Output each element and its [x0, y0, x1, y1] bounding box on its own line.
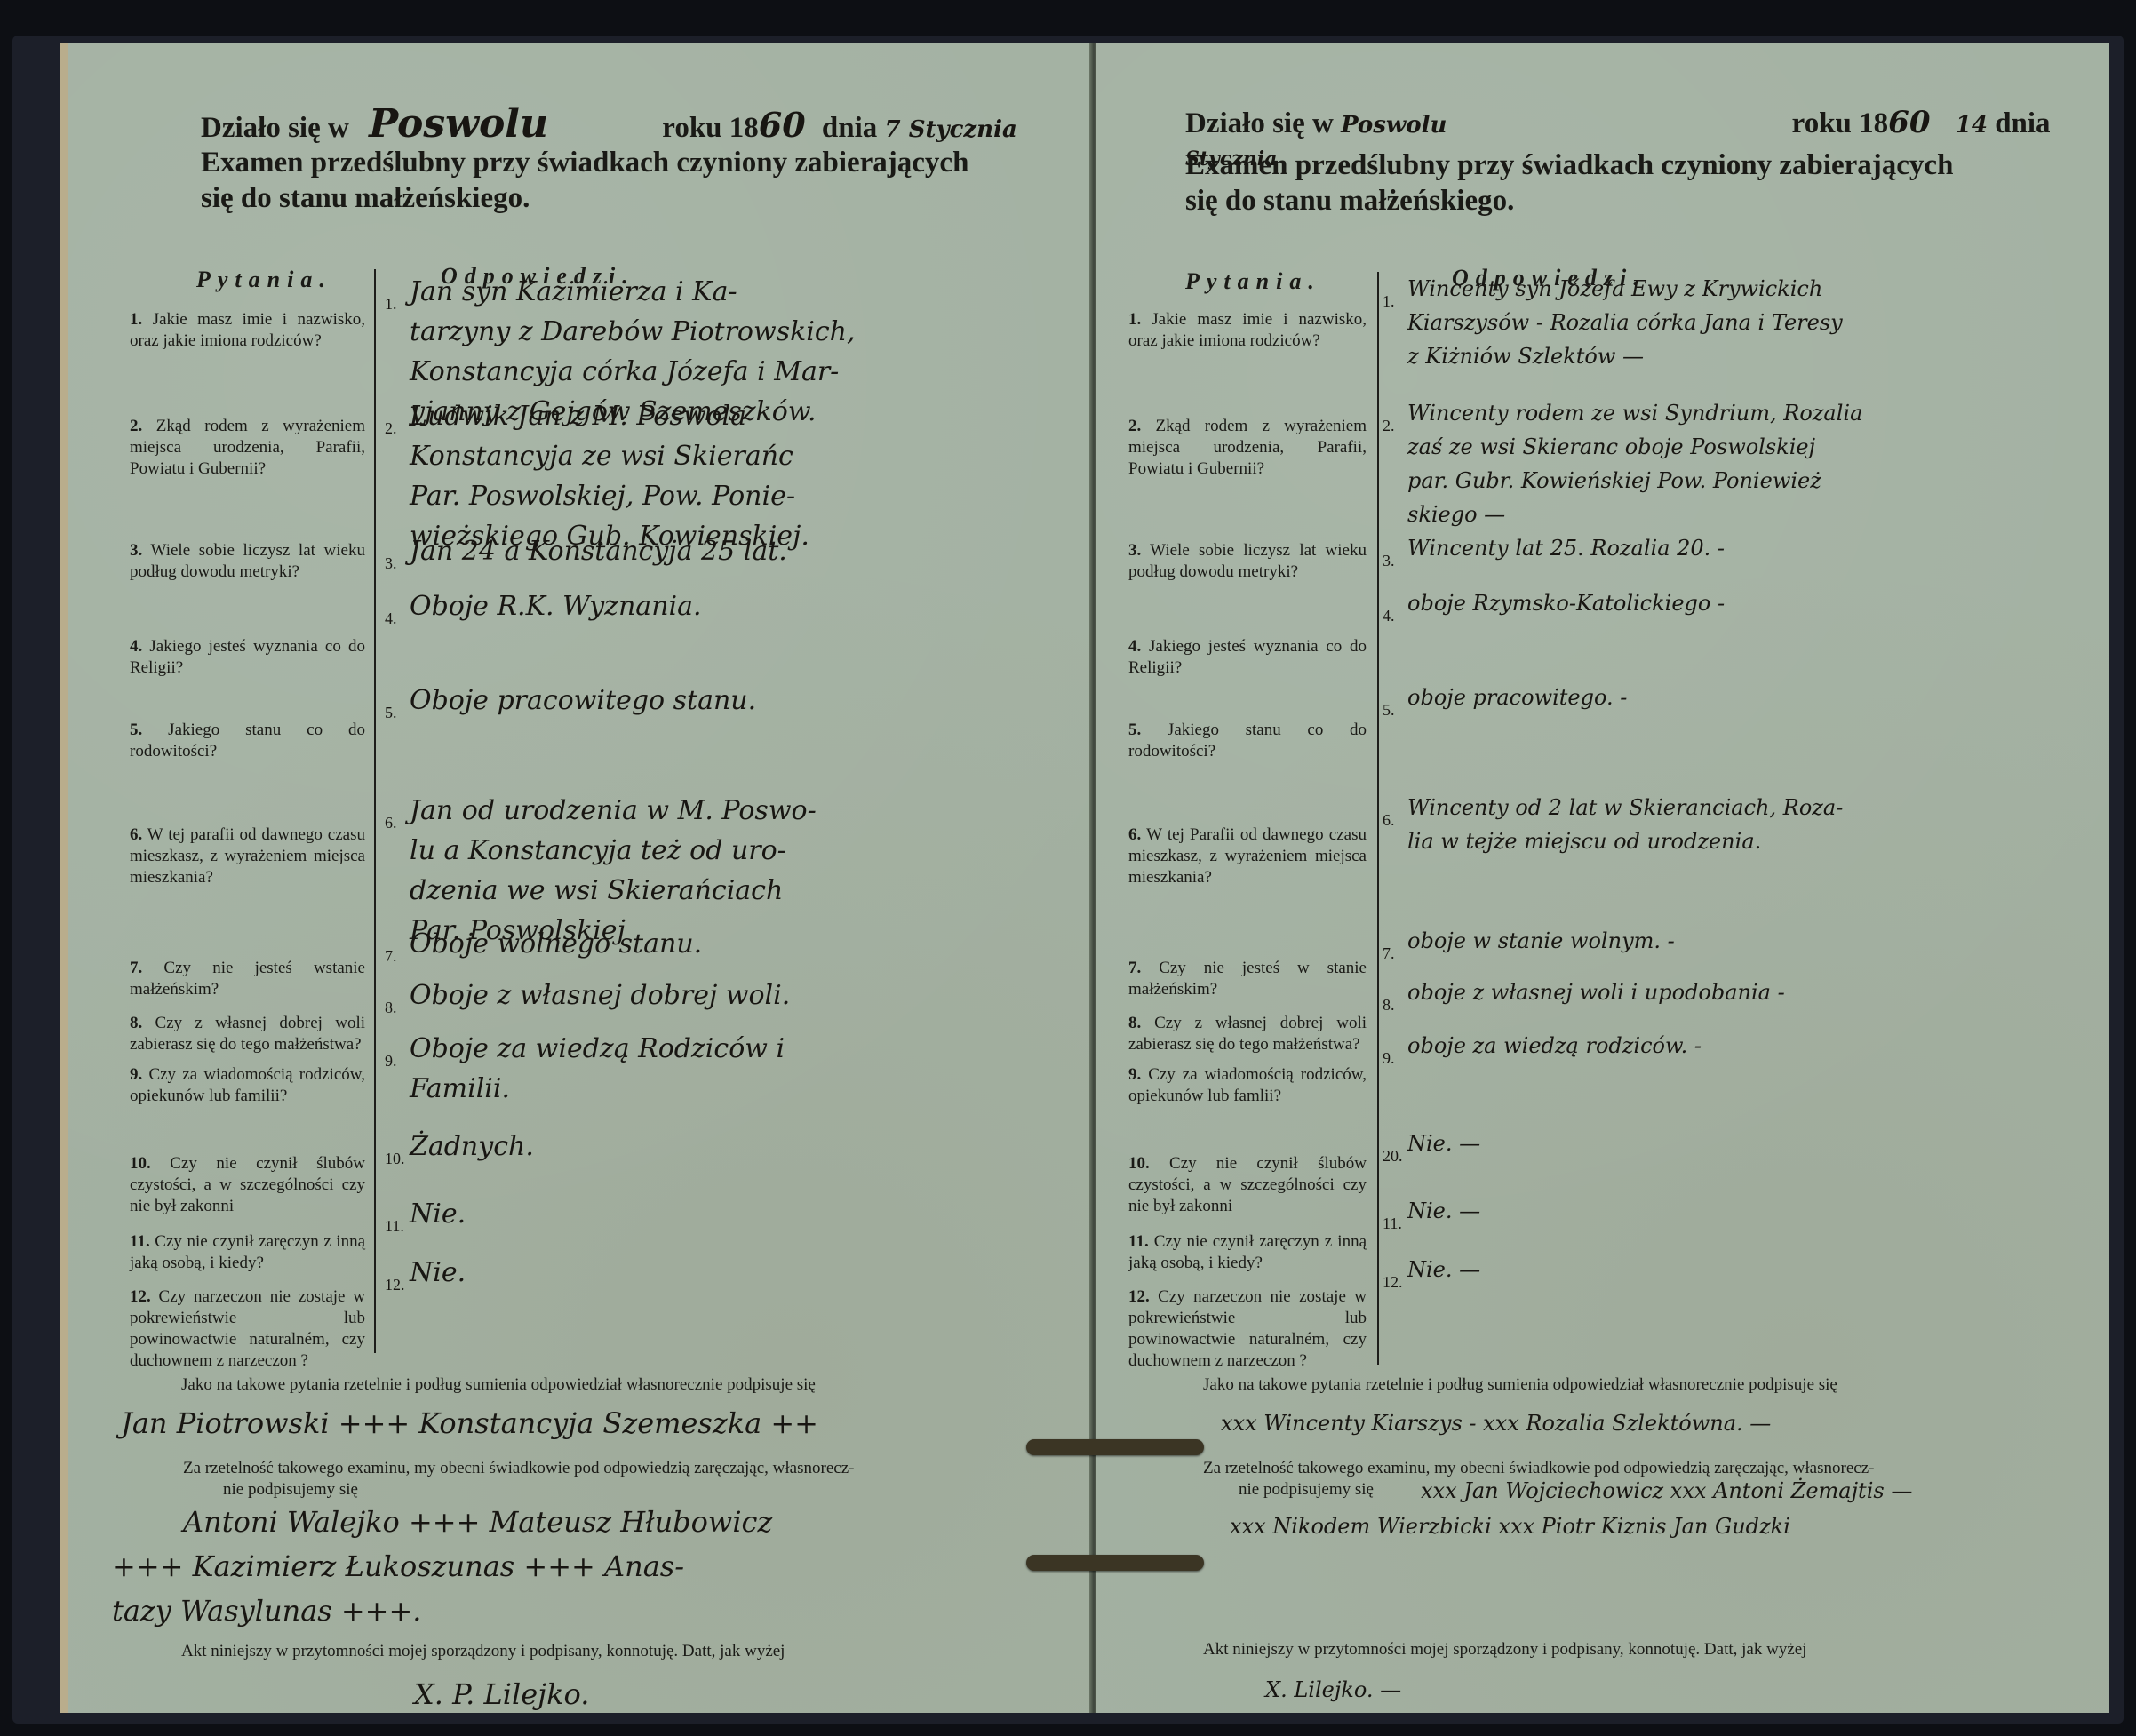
question-item: 5. Jakiego stanu co do rodowitości? [1128, 720, 1367, 762]
question-number: 11. [130, 1232, 150, 1251]
question-number: 1. [130, 310, 142, 329]
question-number: 6. [130, 825, 142, 844]
answer-item: 8.Oboje z własnej dobrej woli. [410, 976, 790, 1015]
header-day: 14 [1956, 112, 1988, 139]
answer-item: 2.Wincenty rodem ze wsi Syndrium, Rozali… [1407, 396, 1862, 531]
right-page: Działo się w Poswolu roku 1860 14 dnia S… [1096, 43, 2109, 1713]
answer-line: Wincenty syn Józefa Ewy z Krywickich [1407, 272, 1843, 306]
right-title: Examen przedślubny przy świadkach czynio… [1185, 147, 2074, 219]
question-number: 1. [1128, 310, 1141, 329]
header-day-label: dnia [1995, 108, 2050, 139]
answer-number: 5. [1383, 693, 1395, 727]
answer-number: 7. [385, 936, 397, 976]
question-number: 6. [1128, 825, 1141, 844]
answer-number: 12. [385, 1265, 405, 1305]
question-text: Czy narzeczon nie zostaje w pokrewieństw… [130, 1287, 365, 1370]
witness-signature-line: Antoni Walejko +++ Mateusz Hłubowicz [112, 1500, 772, 1544]
answer-number: 4. [1383, 599, 1395, 633]
answer-line: Nie. — [1407, 1127, 1480, 1160]
answer-line: Konstancyja córka Józefa i Mar- [410, 352, 856, 392]
answer-item: 4.Oboje R.K. Wyznania. [410, 586, 702, 626]
title-line: się do stanu małżeńskiego. [1185, 183, 2074, 219]
question-item: 8. Czy z własnej dobrej woli zabierasz s… [130, 1013, 365, 1055]
question-number: 12. [130, 1287, 151, 1306]
answer-line: Oboje wolnego stanu. [410, 924, 702, 964]
answer-item: 5.oboje pracowitego. - [1407, 681, 1627, 714]
witness-signatures: xxx Jan Wojciechowicz xxx Antoni Żemajti… [1230, 1473, 1912, 1544]
couple-signature: xxx Wincenty Kiarszys - xxx Rozalia Szle… [1221, 1411, 1771, 1436]
question-number: 2. [130, 417, 142, 435]
header-prefix: Działo się w [201, 112, 349, 144]
answer-item: 10.Żadnych. [410, 1127, 534, 1167]
question-text: Czy z własnej dobrej woli zabierasz się … [1128, 1014, 1367, 1054]
answer-item: 7.oboje w stanie wolnym. - [1407, 924, 1675, 958]
question-text: W tej parafii od dawnego czasu mieszkasz… [130, 825, 365, 887]
answer-line: oboje w stanie wolnym. - [1407, 924, 1675, 958]
answer-item: 12.Nie. [410, 1253, 466, 1293]
answer-number: 4. [385, 599, 397, 639]
question-item: 12. Czy narzeczon nie zostaje w pokrewie… [130, 1286, 365, 1372]
answer-line: Jan od urodzenia w M. Poswo- [410, 791, 817, 831]
answer-number: 2. [1383, 409, 1395, 442]
question-item: 1. Jakie masz imie i nazwisko, oraz jaki… [130, 309, 365, 352]
question-text: Czy za wiadomością rodziców, opiekunów l… [1128, 1065, 1367, 1105]
answer-item: 6.Wincenty od 2 lat w Skieranciach, Roza… [1407, 791, 1843, 858]
question-text: Jakiego jesteś wyznania co do Religii? [130, 637, 365, 677]
question-item: 9. Czy za wiadomością rodziców, opiekunó… [130, 1064, 365, 1107]
answer-number: 1. [385, 284, 397, 324]
answer-number: 20. [1383, 1139, 1403, 1173]
answer-number: 9. [1383, 1041, 1395, 1075]
question-text: Zkąd rodem z wyrażeniem miejsca urodzeni… [1128, 417, 1367, 478]
header-day-label: dnia [822, 112, 877, 144]
question-number: 9. [1128, 1065, 1141, 1084]
question-item: 2. Zkąd rodem z wyrażeniem miejsca urodz… [130, 416, 365, 480]
title-line: się do stanu małżeńskiego. [201, 180, 1089, 216]
answer-number: 8. [1383, 988, 1395, 1022]
left-title: Examen przedślubny przy świadkach czynio… [201, 145, 1089, 216]
answer-item: 3.Wincenty lat 25. Rozalia 20. - [1407, 531, 1725, 565]
answer-item: 12.Nie. — [1407, 1253, 1480, 1286]
answer-number: 3. [1383, 544, 1395, 577]
question-number: 2. [1128, 417, 1141, 435]
answer-line: Nie. [410, 1194, 466, 1234]
header-place: Poswolu [1341, 112, 1447, 139]
question-item: 10. Czy nie czynił ślubów czystości, a w… [130, 1153, 365, 1217]
question-item: 1. Jakie masz imie i nazwisko, oraz jaki… [1128, 309, 1367, 352]
question-item: 7. Czy nie jesteś w stanie małżeńskim? [1128, 958, 1367, 1000]
title-line: Examen przedślubny przy świadkach czynio… [201, 145, 1089, 180]
header-year: 60 [759, 105, 806, 145]
question-item: 9. Czy za wiadomością rodziców, opiekunó… [1128, 1064, 1367, 1107]
question-number: 12. [1128, 1287, 1150, 1306]
question-text: Czy nie czynił zaręczyn z inną jaką osob… [1128, 1232, 1367, 1272]
question-item: 6. W tej Parafii od dawnego czasu mieszk… [1128, 824, 1367, 888]
question-item: 3. Wiele sobie liczysz lat wieku podług … [130, 540, 365, 583]
answer-line: Oboje R.K. Wyznania. [410, 586, 702, 626]
answer-line: Ludwik Jan z M. Poswola [410, 396, 809, 436]
question-item: 11. Czy nie czynił zaręczyn z inną jaką … [130, 1231, 365, 1274]
answer-item: 11.Nie. [410, 1194, 466, 1234]
question-text: Zkąd rodem z wyrażeniem miejsca urodzeni… [130, 417, 365, 478]
answer-line: z Kiżniów Szlektów — [1407, 339, 1843, 373]
answer-number: 11. [1383, 1206, 1402, 1240]
binding-thread [1026, 1439, 1204, 1455]
answer-line: Konstancyja ze wsi Skierańc [410, 436, 809, 476]
question-number: 11. [1128, 1232, 1149, 1251]
answer-line: skiego — [1407, 498, 1862, 531]
answer-item: 11.Nie. — [1407, 1194, 1480, 1228]
answer-line: Nie. — [1407, 1253, 1480, 1286]
witness-signature-line: tazy Wasylunas +++. [112, 1589, 772, 1633]
binding-thread [1026, 1555, 1204, 1571]
question-text: Czy nie czynił ślubów czystości, a w szc… [130, 1154, 365, 1215]
answer-item: 20.Nie. — [1407, 1127, 1480, 1160]
question-item: 12. Czy narzeczon nie zostaje w pokrewie… [1128, 1286, 1367, 1372]
column-header-questions: Pytania. [1185, 268, 1321, 295]
header-year-label: roku 18 [662, 112, 759, 144]
answer-item: 9.oboje za wiedzą rodziców. - [1407, 1029, 1702, 1063]
question-number: 9. [130, 1065, 142, 1084]
answer-number: 6. [1383, 803, 1395, 837]
couple-signature: Jan Piotrowski +++ Konstancyja Szemeszka… [121, 1406, 818, 1440]
answer-number: 5. [385, 693, 397, 733]
question-text: Jakiego stanu co do rodowitości? [130, 721, 365, 760]
question-number: 5. [130, 721, 142, 739]
answer-item: 1.Wincenty syn Józefa Ewy z KrywickichKi… [1407, 272, 1843, 373]
answer-item: 4.oboje Rzymsko-Katolickiego - [1407, 586, 1725, 620]
question-number: 7. [1128, 959, 1141, 977]
witness-signature-line: +++ Kazimierz Łukoszunas +++ Anas- [112, 1544, 772, 1589]
witness-signature-line: xxx Nikodem Wierzbicki xxx Piotr Kiznis … [1230, 1509, 1912, 1544]
question-number: 10. [1128, 1154, 1150, 1173]
witness-text: nie podpisujemy się [223, 1480, 358, 1500]
question-number: 8. [1128, 1014, 1141, 1032]
priest-signature: X. Lilejko. — [1265, 1677, 1401, 1702]
question-text: Jakie masz imie i nazwisko, oraz jakie i… [130, 310, 365, 350]
question-item: 8. Czy z własnej dobrej woli zabierasz s… [1128, 1013, 1367, 1055]
declaration-text: Jako na takowe pytania rzetelnie i podłu… [181, 1375, 816, 1395]
question-item: 7. Czy nie jesteś wstanie małżeńskim? [130, 958, 365, 1000]
left-page: Działo się w Poswolu roku 1860 dnia 7 St… [60, 43, 1098, 1713]
question-item: 4. Jakiego jesteś wyznania co do Religii… [1128, 636, 1367, 679]
column-header-questions: Pytania. [196, 267, 332, 293]
question-text: Czy nie jesteś wstanie małżeńskim? [130, 959, 365, 999]
closing-text: Akt niniejszy w przytomności mojej sporz… [1203, 1640, 1806, 1660]
header-prefix: Działo się w [1185, 108, 1334, 139]
witness-signatures: Antoni Walejko +++ Mateusz Hłubowicz +++… [112, 1500, 772, 1633]
question-number: 4. [1128, 637, 1141, 656]
question-text: Czy za wiadomością rodziców, opiekunów l… [130, 1065, 365, 1105]
question-number: 10. [130, 1154, 151, 1173]
answer-line: zaś ze wsi Skieranc oboje Poswolskiej [1407, 430, 1862, 464]
answer-number: 11. [385, 1206, 404, 1246]
question-item: 4. Jakiego jesteś wyznania co do Religii… [130, 636, 365, 679]
answer-item: 8.oboje z własnej woli i upodobania - [1407, 976, 1785, 1009]
witness-signature-line: xxx Jan Wojciechowicz xxx Antoni Żemajti… [1230, 1473, 1912, 1509]
answer-line: Kiarszysów - Rozalia córka Jana i Teresy [1407, 306, 1843, 339]
question-item: 10. Czy nie czynił ślubów czystości, a w… [1128, 1153, 1367, 1217]
question-text: Wiele sobie liczysz lat wieku podług dow… [130, 541, 365, 581]
answer-number: 6. [385, 803, 397, 843]
title-line: Examen przedślubny przy świadkach czynio… [1185, 147, 2074, 183]
answer-number: 2. [385, 409, 397, 449]
answer-line: Oboje za wiedzą Rodziców i [410, 1029, 785, 1069]
question-text: Czy z własnej dobrej woli zabierasz się … [130, 1014, 365, 1054]
question-text: Jakie masz imie i nazwisko, oraz jakie i… [1128, 310, 1367, 350]
question-text: Jakiego stanu co do rodowitości? [1128, 721, 1367, 760]
question-number: 3. [1128, 541, 1141, 560]
header-place: Poswolu [369, 101, 548, 147]
question-number: 7. [130, 959, 142, 977]
answer-line: Wincenty rodem ze wsi Syndrium, Rozalia [1407, 396, 1862, 430]
question-item: 5. Jakiego stanu co do rodowitości? [130, 720, 365, 762]
answer-line: Oboje pracowitego stanu. [410, 681, 756, 721]
answer-line: Wincenty lat 25. Rozalia 20. - [1407, 531, 1725, 565]
question-text: Czy nie czynił zaręczyn z inną jaką osob… [130, 1232, 365, 1272]
answer-line: lu a Konstancyja też od uro- [410, 831, 817, 871]
answer-number: 9. [385, 1041, 397, 1081]
left-header: Działo się w Poswolu roku 1860 dnia 7 St… [201, 101, 1017, 147]
answer-line: Jan syn Kazimierza i Ka- [410, 272, 856, 312]
answer-line: lia w tejże miejscu od urodzenia. [1407, 824, 1843, 858]
answer-line: Familii. [410, 1069, 785, 1109]
question-number: 4. [130, 637, 142, 656]
column-divider [1377, 272, 1379, 1365]
question-item: 3. Wiele sobie liczysz lat wieku podług … [1128, 540, 1367, 583]
answer-item: 5.Oboje pracowitego stanu. [410, 681, 756, 721]
answer-line: par. Gubr. Kowieńskiej Pow. Poniewież [1407, 464, 1862, 498]
answer-line: oboje Rzymsko-Katolickiego - [1407, 586, 1725, 620]
question-number: 5. [1128, 721, 1141, 739]
question-item: 11. Czy nie czynił zaręczyn z inną jaką … [1128, 1231, 1367, 1274]
answer-number: 10. [385, 1139, 405, 1179]
header-year-label: roku 18 [1792, 108, 1889, 139]
answer-line: oboje z własnej woli i upodobania - [1407, 976, 1785, 1009]
question-text: Czy nie jesteś w stanie małżeńskim? [1128, 959, 1367, 999]
question-number: 3. [130, 541, 142, 560]
declaration-text: Jako na takowe pytania rzetelnie i podłu… [1203, 1375, 1837, 1395]
header-day: 7 Stycznia [885, 116, 1017, 143]
question-text: Jakiego jesteś wyznania co do Religii? [1128, 637, 1367, 677]
answer-line: dzenia we wsi Skierańciach [410, 871, 817, 911]
answer-line: Wincenty od 2 lat w Skieranciach, Roza- [1407, 791, 1843, 824]
question-text: Czy narzeczon nie zostaje w pokrewieństw… [1128, 1287, 1367, 1370]
question-item: 2. Zkąd rodem z wyrażeniem miejsca urodz… [1128, 416, 1367, 480]
question-text: Czy nie czynił ślubów czystości, a w szc… [1128, 1154, 1367, 1215]
question-item: 6. W tej parafii od dawnego czasu mieszk… [130, 824, 365, 888]
answer-number: 7. [1383, 936, 1395, 970]
answer-number: 1. [1383, 284, 1395, 318]
answer-line: oboje pracowitego. - [1407, 681, 1627, 714]
column-divider [374, 269, 376, 1353]
answer-line: Żadnych. [410, 1127, 534, 1167]
answer-number: 12. [1383, 1265, 1403, 1299]
question-number: 8. [130, 1014, 142, 1032]
answer-number: 8. [385, 988, 397, 1028]
answer-line: Oboje z własnej dobrej woli. [410, 976, 790, 1015]
answer-line: oboje za wiedzą rodziców. - [1407, 1029, 1702, 1063]
answer-line: tarzyny z Darebów Piotrowskich, [410, 312, 856, 352]
answer-line: Par. Poswolskiej, Pow. Ponie- [410, 476, 809, 516]
header-year: 60 [1888, 105, 1930, 140]
answer-item: 3.Jan 24 a Konstancyja 25 lat. [410, 531, 787, 571]
question-text: W tej Parafii od dawnego czasu mieszkasz… [1128, 825, 1367, 887]
answer-number: 3. [385, 544, 397, 584]
answer-item: 7.Oboje wolnego stanu. [410, 924, 702, 964]
priest-signature: X. P. Lilejko. [414, 1677, 589, 1711]
witness-text: Za rzetelność takowego examinu, my obecn… [183, 1459, 854, 1478]
question-text: Wiele sobie liczysz lat wieku podług dow… [1128, 541, 1367, 581]
answer-line: Nie. [410, 1253, 466, 1293]
answer-item: 9.Oboje za wiedzą Rodziców iFamilii. [410, 1029, 785, 1109]
closing-text: Akt niniejszy w przytomności mojej sporz… [181, 1642, 785, 1661]
answer-line: Nie. — [1407, 1194, 1480, 1228]
answer-line: Jan 24 a Konstancyja 25 lat. [410, 531, 787, 571]
